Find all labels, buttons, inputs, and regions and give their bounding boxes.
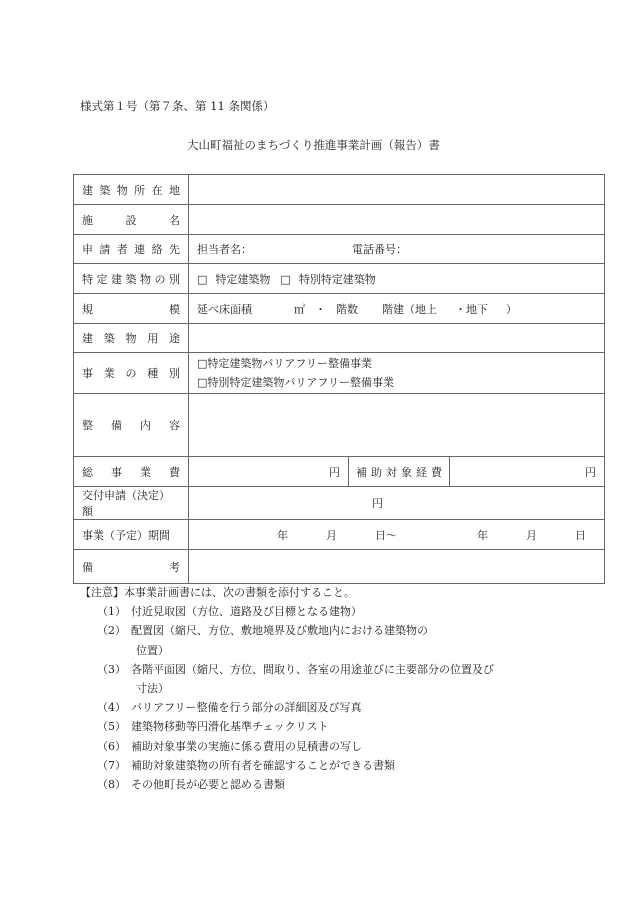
- subsidy-eligible-cost-field[interactable]: 円: [450, 457, 605, 487]
- note-item: （8）その他町長が必要と認める書類: [97, 775, 494, 794]
- square-meter-unit: ㎡: [294, 303, 305, 316]
- row-grant-amount: 交付申請（決定）額 円: [74, 487, 605, 520]
- project-kind-options: □特定建築物バリアフリー整備事業 □特別特定建築物バリアフリー整備事業: [189, 353, 605, 394]
- row-project-period: 事業（予定）期間 年月日～年月日: [74, 520, 605, 550]
- remarks-field[interactable]: [189, 550, 605, 584]
- row-work-content: 整備内容: [74, 394, 605, 457]
- storey-above-label: 階建（地上: [382, 303, 437, 316]
- note-item: （1）付近見取図（方位、道路及び目標となる建物）: [97, 602, 494, 621]
- note-item: （4）バリアフリー整備を行う部分の詳細図及び写真: [97, 698, 494, 717]
- note-item: （6）補助対象事業の実施に係る費用の見積書の写し: [97, 737, 494, 756]
- facility-name-field[interactable]: [189, 205, 605, 235]
- form-number: 様式第１号（第７条、第 11 条関係）: [80, 98, 274, 114]
- label-subsidy-eligible-cost: 補助対象経費: [356, 464, 442, 480]
- note-item-continuation: 位置）: [136, 641, 494, 660]
- row-applicant-contact: 申請者連絡先 担当者名： 電話番号：: [74, 235, 605, 264]
- option-specified-building: 特定建築物: [215, 273, 270, 286]
- label-applicant-contact: 申請者連絡先: [82, 241, 180, 257]
- label-grant-amount: 交付申請（決定）額: [74, 487, 189, 520]
- checkbox-special-specified-building[interactable]: □: [280, 273, 290, 286]
- building-type-options: □特定建築物□特別特定建築物: [189, 264, 605, 294]
- row-scale: 規模 延べ床面積㎡・階数階建（地上・地下）: [74, 294, 605, 324]
- label-work-content: 整備内容: [82, 417, 180, 433]
- label-building-type: 特定建築物の別: [82, 271, 180, 287]
- phone-number-label: 電話番号：: [352, 241, 407, 257]
- building-location-field[interactable]: [189, 175, 605, 205]
- note-item-continuation: 寸法）: [136, 679, 494, 698]
- note-item: （7）補助対象建築物の所有者を確認することができる書類: [97, 756, 494, 775]
- total-cost-field[interactable]: 円: [189, 457, 349, 487]
- floor-area-label: 延べ床面積: [197, 303, 252, 316]
- label-project-period: 事業（予定）期間: [74, 520, 189, 550]
- note-item: （5）建築物移動等円滑化基準チェックリスト: [97, 717, 494, 736]
- label-building-location: 建築物所在地: [82, 182, 180, 198]
- row-facility-name: 施設名: [74, 205, 605, 235]
- yen-unit: 円: [585, 466, 596, 479]
- project-period-field[interactable]: 年月日～年月日: [189, 520, 605, 550]
- building-use-field[interactable]: [189, 324, 605, 353]
- checkbox-specified-building[interactable]: □: [197, 273, 207, 286]
- option-special-specified-barrier-free[interactable]: □特別特定建築物バリアフリー整備事業: [197, 373, 596, 392]
- row-building-type: 特定建築物の別 □特定建築物□特別特定建築物: [74, 264, 605, 294]
- grant-amount-field[interactable]: 円: [189, 487, 605, 520]
- application-form-table: 建築物所在地 施設名 申請者連絡先 担当者名： 電話番号： 特定建築物の別 □特…: [73, 174, 605, 584]
- floors-label: 階数: [336, 303, 358, 316]
- label-total-cost: 総事業費: [82, 464, 180, 480]
- note-item: （2）配置図（縮尺、方位、敷地境界及び敷地内における建築物の: [97, 621, 494, 640]
- work-content-field[interactable]: [189, 394, 605, 457]
- row-remarks: 備考: [74, 550, 605, 584]
- row-building-use: 建築物用途: [74, 324, 605, 353]
- row-project-kind: 事業の種別 □特定建築物バリアフリー整備事業 □特別特定建築物バリアフリー整備事…: [74, 353, 605, 394]
- label-building-use: 建築物用途: [82, 330, 180, 346]
- notes-heading: 【注意】本事業計画書には、次の書類を添付すること。: [80, 583, 494, 602]
- label-project-kind: 事業の種別: [82, 365, 180, 381]
- label-facility-name: 施設名: [82, 212, 180, 228]
- label-scale: 規模: [82, 301, 180, 317]
- person-in-charge-label: 担当者名：: [197, 241, 252, 257]
- label-remarks: 備考: [82, 559, 180, 575]
- note-item: （3）各階平面図（縮尺、方位、間取り、各室の用途並びに主要部分の位置及び: [97, 660, 494, 679]
- option-specified-barrier-free[interactable]: □特定建築物バリアフリー整備事業: [197, 354, 596, 373]
- document-title: 大山町福祉のまちづくり推進事業計画（報告）書: [187, 137, 440, 153]
- option-special-specified-building: 特別特定建築物: [299, 273, 376, 286]
- row-total-cost: 総事業費 円 補助対象経費 円: [74, 457, 605, 487]
- applicant-contact-field[interactable]: 担当者名： 電話番号：: [189, 235, 605, 264]
- yen-unit: 円: [372, 497, 383, 510]
- below-ground-label: ・地下: [455, 303, 488, 316]
- scale-field[interactable]: 延べ床面積㎡・階数階建（地上・地下）: [189, 294, 605, 324]
- yen-unit: 円: [329, 466, 340, 479]
- attachment-notes: 【注意】本事業計画書には、次の書類を添付すること。 （1）付近見取図（方位、道路…: [80, 583, 494, 794]
- row-building-location: 建築物所在地: [74, 175, 605, 205]
